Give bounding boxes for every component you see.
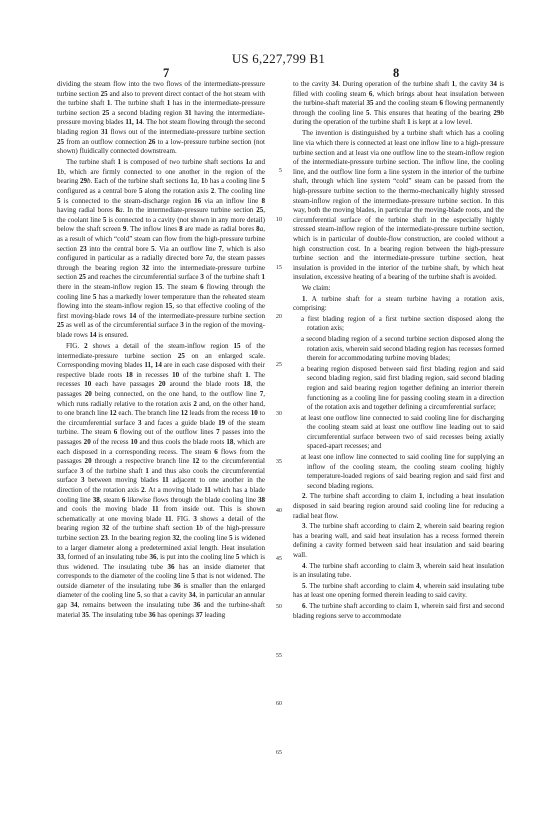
claim-4: 4. The turbine shaft according to claim …: [293, 562, 504, 581]
claims-intro: We claim:: [293, 284, 504, 294]
line-number: 35: [270, 458, 282, 465]
line-number: 65: [270, 749, 282, 756]
claim-element: a bearing region disposed between said f…: [293, 365, 504, 413]
line-number: 25: [270, 361, 282, 368]
claim-element: a second blading region of a second turb…: [293, 335, 504, 364]
line-number: 50: [270, 603, 282, 610]
claim-element: at least one inflow line connected to sa…: [293, 453, 504, 491]
column-number-left: 7: [163, 66, 169, 81]
line-number: 30: [270, 410, 282, 417]
patent-number: US 6,227,799 B1: [0, 51, 557, 67]
claim-5: 5. The turbine shaft according to claim …: [293, 582, 504, 601]
paragraph: dividing the steam flow into the two flo…: [57, 80, 265, 157]
line-number: 20: [270, 313, 282, 320]
paragraph: to the cavity 34. During operation of th…: [293, 80, 504, 128]
claim-6: 6. The turbine shaft according to claim …: [293, 602, 504, 621]
line-number: 5: [270, 167, 282, 174]
line-number: 60: [270, 700, 282, 707]
line-number: 15: [270, 264, 282, 271]
line-number: 55: [270, 652, 282, 659]
claim-element: a first blading region of a first turbin…: [293, 315, 504, 334]
paragraph: The turbine shaft 1 is composed of two t…: [57, 158, 265, 340]
paragraph: FIG. 2 shows a detail of the steam-inflo…: [57, 342, 265, 620]
left-column: dividing the steam flow into the two flo…: [57, 80, 265, 620]
claim-3: 3. The turbine shaft according to claim …: [293, 522, 504, 560]
line-number: 10: [270, 216, 282, 223]
line-number: 40: [270, 507, 282, 514]
column-number-right: 8: [393, 66, 399, 81]
claim-element: at least one outflow line connected to s…: [293, 414, 504, 452]
claim-2: 2. The turbine shaft according to claim …: [293, 492, 504, 521]
line-number: 45: [270, 555, 282, 562]
right-column: to the cavity 34. During operation of th…: [293, 80, 504, 621]
paragraph: The invention is distinguished by a turb…: [293, 129, 504, 283]
claim-1: 1. A turbine shaft for a steam turbine h…: [293, 295, 504, 314]
